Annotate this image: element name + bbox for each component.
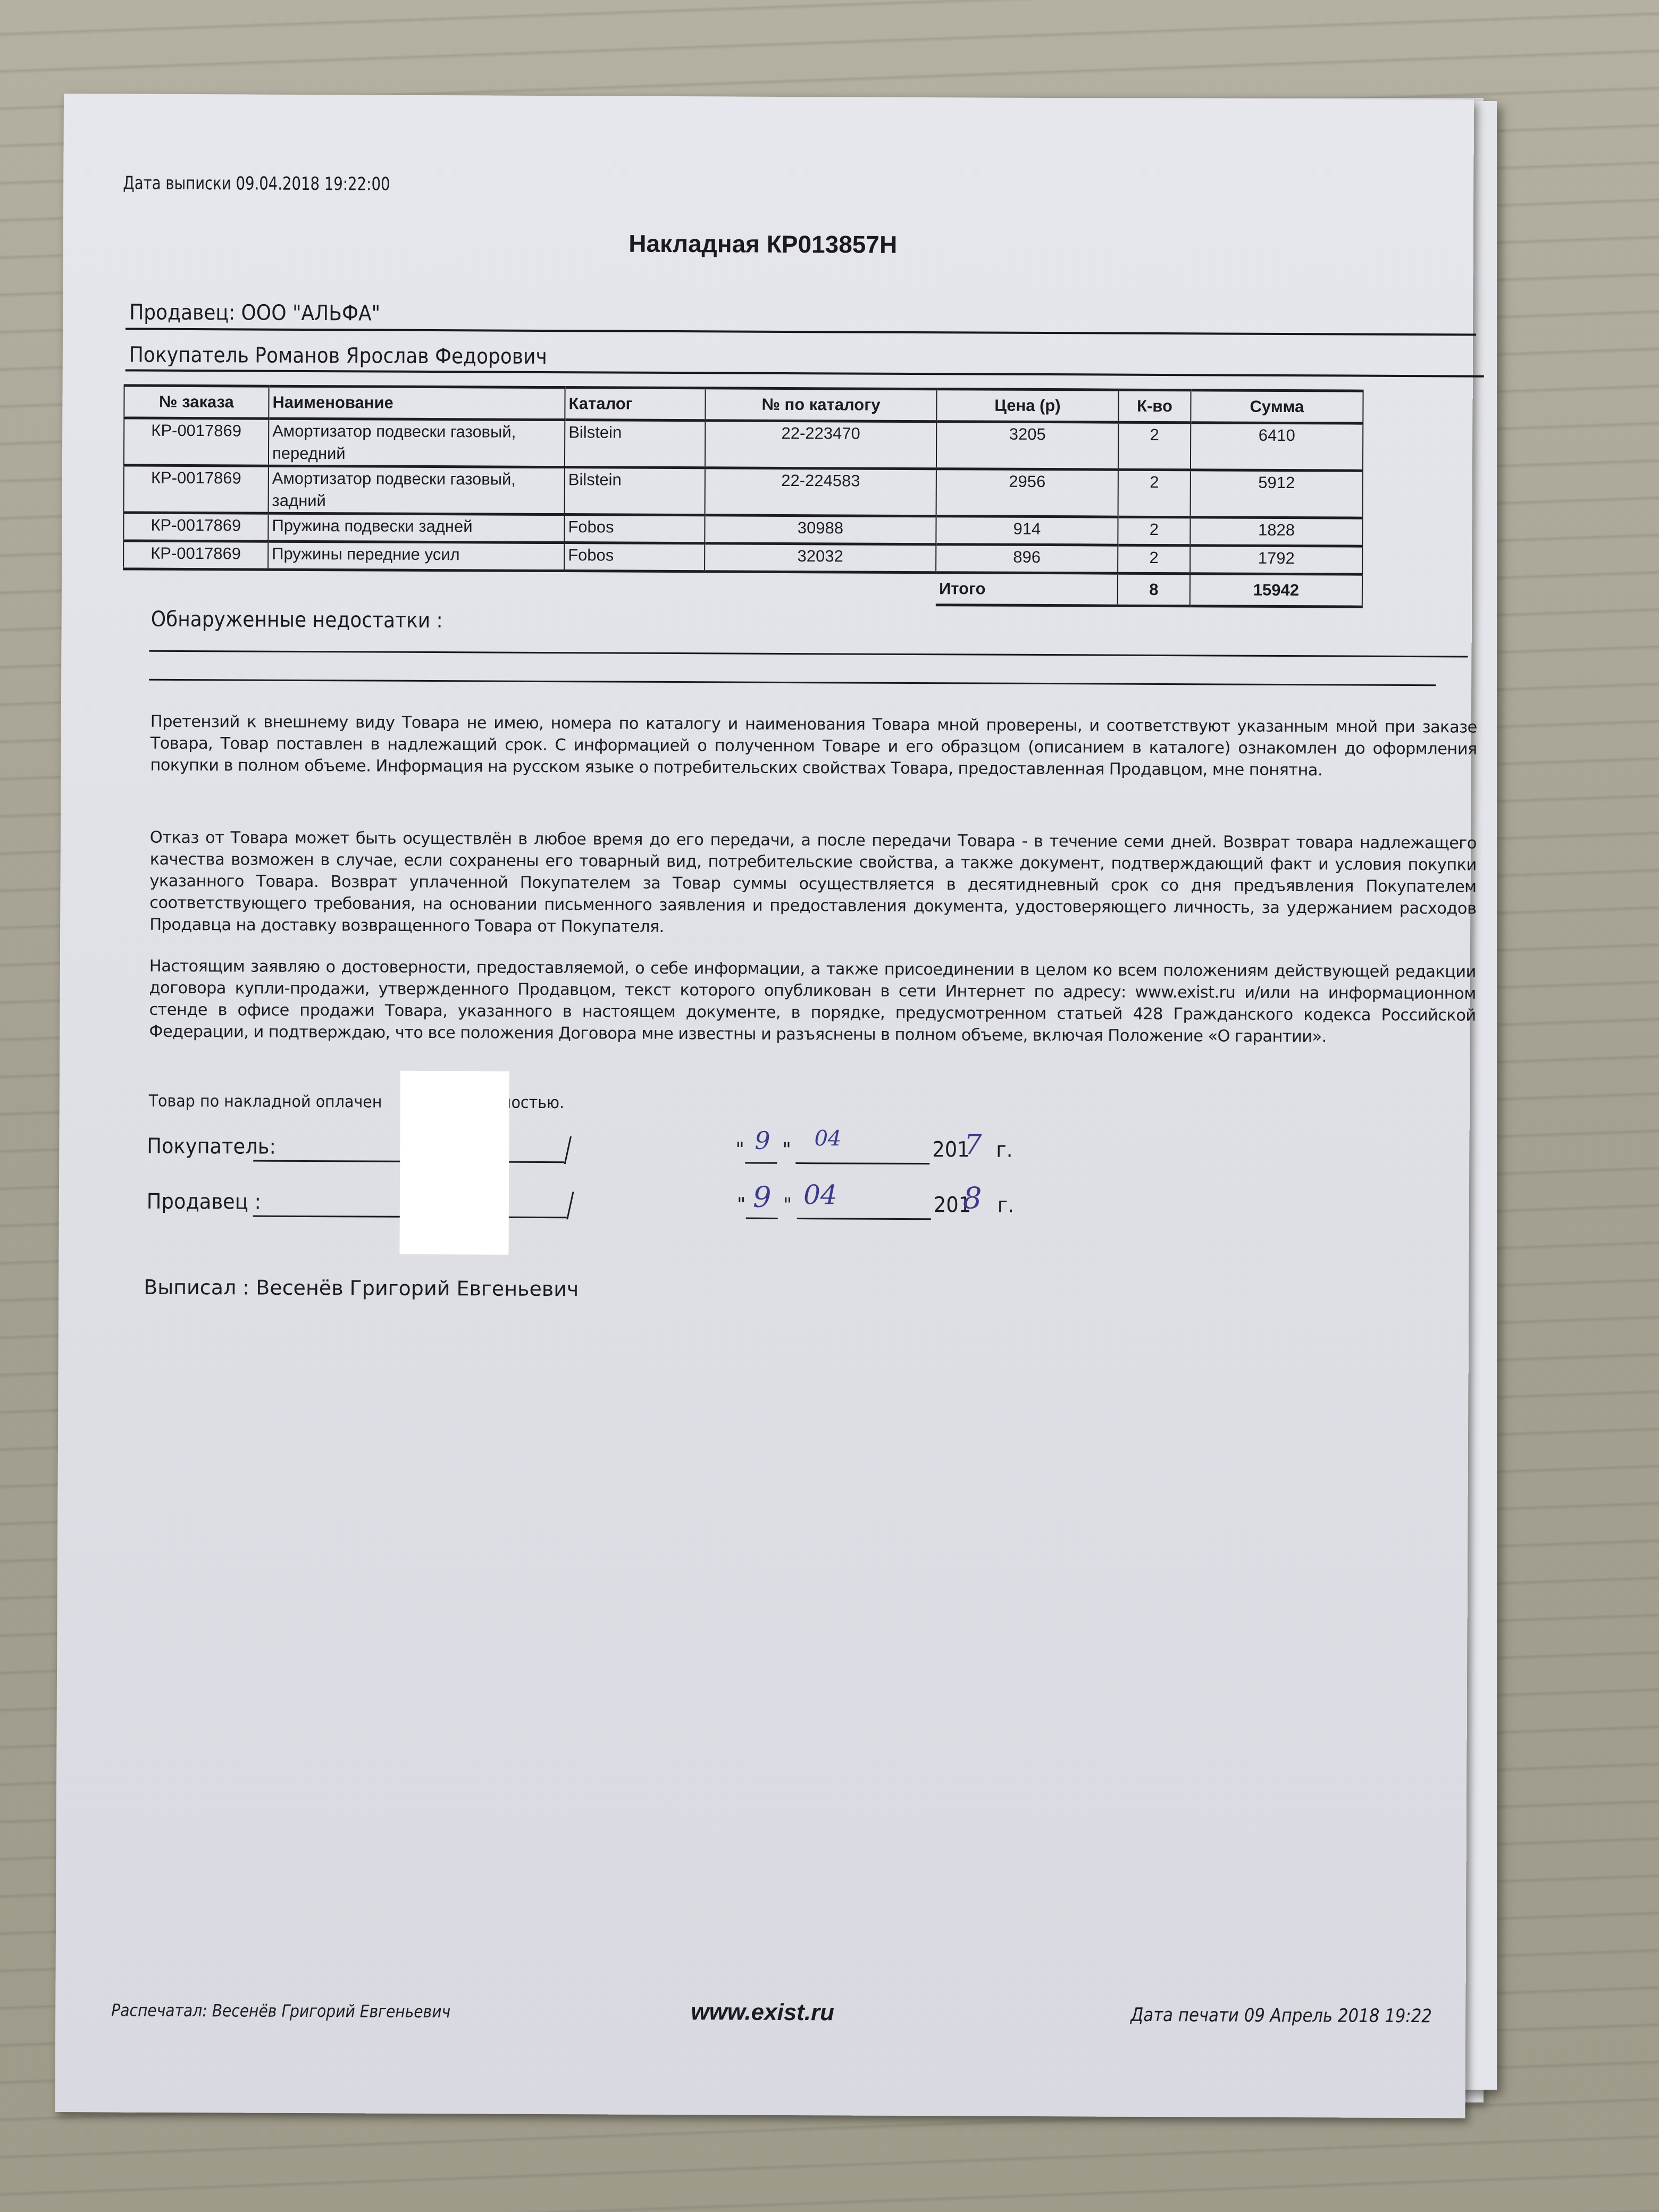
seller-day-handwritten: 9: [753, 1180, 772, 1214]
buyer-line: Покупатель Романов Ярослав Федорович: [129, 343, 547, 369]
cell-catalog-no: 30988: [705, 515, 936, 544]
col-price: Цена (р): [936, 389, 1118, 422]
defects-label: Обнаруженные недостатки :: [151, 607, 443, 633]
buyer-signature-label: Покупатель:: [147, 1134, 276, 1159]
buyer-month-line: [795, 1162, 929, 1164]
buyer-year-handwritten: 7: [964, 1129, 982, 1161]
cell-sum: 1792: [1190, 546, 1362, 574]
seller-month-handwritten: 04: [803, 1179, 837, 1210]
cell-name: Амортизатор подвески газовый, передний: [269, 418, 565, 467]
cell-price: 914: [936, 516, 1118, 545]
cell-catalog: Fobos: [564, 543, 705, 572]
col-qty: К-во: [1118, 390, 1191, 423]
invoice-page: Дата выписки 09.04.2018 19:22:00 Накладн…: [55, 94, 1474, 2118]
quote-mark: ": [737, 1194, 746, 1216]
table-row: КР-0017869 Амортизатор подвески газовый,…: [124, 418, 1363, 471]
cell-order: КР-0017869: [123, 541, 268, 569]
cell-qty: 2: [1118, 422, 1191, 470]
cell-order: КР-0017869: [123, 513, 268, 541]
col-catalog-no: № по каталогу: [705, 388, 936, 422]
signature-slash: [566, 1192, 574, 1219]
issue-date: Дата выписки 09.04.2018 19:22:00: [123, 172, 390, 195]
buyer-day-handwritten: 9: [755, 1126, 770, 1155]
defects-line: [149, 650, 1468, 658]
cell-name: Пружина подвески задней: [268, 513, 564, 542]
col-sum: Сумма: [1191, 390, 1363, 423]
cell-catalog: Bilstein: [565, 467, 705, 515]
signature-slash: [564, 1136, 572, 1164]
quote-mark: ": [782, 1139, 791, 1161]
year-suffix: г.: [996, 1138, 1012, 1162]
cell-qty: 2: [1118, 470, 1191, 517]
document-title: Накладная КР013857Н: [63, 227, 1473, 262]
defects-line: [149, 679, 1436, 686]
cell-sum: 5912: [1191, 470, 1363, 518]
cell-sum: 6410: [1191, 423, 1363, 471]
cell-price: 896: [936, 544, 1118, 573]
items-table: № заказа Наименование Каталог № по катал…: [123, 384, 1364, 608]
cell-catalog: Fobos: [564, 515, 705, 543]
col-name: Наименование: [269, 386, 565, 420]
seller-line: Продавец: ООО "АЛЬФА": [129, 300, 380, 326]
cell-qty: 2: [1118, 545, 1190, 574]
cell-catalog-no: 22-223470: [705, 421, 936, 469]
seller-day-line: [746, 1218, 778, 1219]
cell-order: КР-0017869: [124, 465, 269, 513]
cell-name: Пружины передние усил: [268, 541, 564, 571]
seller-year-handwritten: 8: [963, 1181, 982, 1216]
table-row: КР-0017869 Амортизатор подвески газовый,…: [124, 465, 1363, 518]
cell-price: 3205: [936, 422, 1118, 470]
quote-mark: ": [735, 1139, 744, 1161]
terms-paragraph-agreement: Настоящим заявляю о достоверности, предо…: [149, 956, 1476, 1049]
footer-printed-by: Распечатал: Весенёв Григорий Евгеньевич: [111, 2000, 450, 2022]
redaction-box: [399, 1071, 509, 1255]
buyer-day-line: [745, 1162, 777, 1164]
issued-by: Выписал : Весенёв Григорий Евгеньевич: [144, 1276, 579, 1301]
total-label: Итого: [936, 573, 1118, 606]
cell-qty: 2: [1118, 517, 1190, 546]
terms-paragraph-returns: Отказ от Товара может быть осуществлён в…: [149, 827, 1477, 942]
terms-paragraph-claims: Претензий к внешнему виду Товара не имею…: [150, 711, 1477, 782]
table-header: № заказа Наименование Каталог № по катал…: [124, 386, 1363, 423]
col-order: № заказа: [124, 386, 269, 418]
seller-month-line: [797, 1218, 931, 1220]
cell-catalog: Bilstein: [565, 420, 705, 468]
divider: [125, 370, 1484, 378]
divider: [125, 328, 1476, 336]
footer-print-date: Дата печати 09 Апрель 2018 19:22: [1130, 2005, 1432, 2027]
year-suffix: г.: [998, 1193, 1014, 1218]
cell-sum: 1828: [1190, 517, 1362, 546]
buyer-month-handwritten: 04: [814, 1126, 841, 1151]
quote-mark: ": [783, 1194, 792, 1216]
seller-signature-label: Продавец :: [147, 1189, 261, 1214]
cell-name: Амортизатор подвески газовый, задний: [269, 466, 565, 514]
cell-catalog-no: 22-224583: [705, 468, 936, 516]
cell-price: 2956: [936, 469, 1118, 517]
col-catalog: Каталог: [565, 388, 705, 421]
cell-order: КР-0017869: [124, 418, 269, 466]
footer-site-link: www.exist.ru: [691, 1999, 834, 2026]
total-sum: 15942: [1190, 574, 1362, 607]
total-qty: 8: [1118, 573, 1190, 606]
cell-catalog-no: 32032: [705, 543, 936, 573]
table-total-row: Итого 8 15942: [123, 569, 1362, 607]
